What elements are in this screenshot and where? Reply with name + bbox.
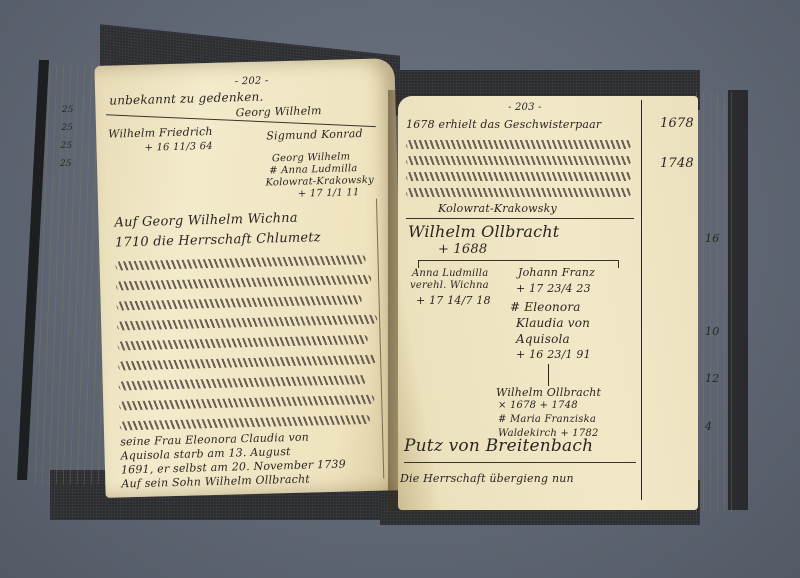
heading-underline xyxy=(404,462,636,463)
branch-entry: Aquisola xyxy=(516,332,570,346)
body-text: Die Herrschaft übergieng nun xyxy=(400,472,574,485)
handwriting-line xyxy=(119,375,367,390)
header-name: Sigmund Konrad xyxy=(266,127,363,143)
main-name: Wilhelm Ollbracht xyxy=(408,222,559,241)
handwriting-line xyxy=(116,275,371,291)
descendant-entry: # Maria Franziska xyxy=(498,414,596,425)
edge-mark: 10 xyxy=(705,325,719,338)
handwriting-line xyxy=(406,172,631,181)
handwriting-line xyxy=(406,188,631,197)
margin-rule xyxy=(376,199,384,479)
margin-mark: 25 xyxy=(61,123,73,133)
margin-rule xyxy=(641,100,642,500)
handwriting-line xyxy=(118,355,376,371)
branch-entry: Johann Franz xyxy=(518,266,595,279)
entry-line: Georg Wilhelm xyxy=(272,151,351,164)
header-date: + 16 11/3 64 xyxy=(144,141,212,154)
handwriting-line xyxy=(118,335,368,351)
family-tree-bracket xyxy=(418,260,618,261)
descent-line xyxy=(548,364,549,386)
handwriting-line xyxy=(117,315,377,331)
handwriting-line xyxy=(406,156,631,165)
edge-mark: 16 xyxy=(705,232,719,245)
edge-mark: 12 xyxy=(705,372,719,385)
body-text: Auf Georg Wilhelm Wichna xyxy=(114,211,298,231)
descendant-entry: × 1678 + 1748 xyxy=(498,400,578,411)
bracket-tick xyxy=(418,260,419,268)
handwriting-line xyxy=(117,295,362,310)
family-heading: Putz von Breitenbach xyxy=(404,436,593,456)
branch-entry: Anna Ludmilla xyxy=(412,268,488,279)
body-text: 1710 die Herrschaft Chlumetz xyxy=(115,230,321,250)
handwriting-line xyxy=(119,395,374,411)
divider-line xyxy=(406,218,634,219)
margin-year: 1748 xyxy=(660,156,694,171)
entry-line: # Anna Ludmilla xyxy=(269,163,358,176)
body-text: 1678 erhielt das Geschwisterpaar xyxy=(406,118,601,131)
handwriting-line xyxy=(116,255,366,271)
left-page: - 202 - unbekannt zu gedenken. Georg Wil… xyxy=(94,58,405,498)
header-name: Wilhelm Friedrich xyxy=(108,125,213,141)
descendant-entry: Wilhelm Ollbracht xyxy=(496,386,601,399)
branch-entry: + 17 14/7 18 xyxy=(416,294,491,307)
branch-entry: verehl. Wichna xyxy=(410,280,489,291)
handwriting-line xyxy=(406,140,631,149)
branch-entry: Klaudia von xyxy=(516,316,590,330)
header-name: Georg Wilhelm xyxy=(236,104,322,119)
text-line: unbekannt zu gedenken. xyxy=(109,90,264,108)
margin-mark: 25 xyxy=(60,141,72,151)
page-number: - 203 - xyxy=(508,102,542,113)
margin-mark: 25 xyxy=(62,105,74,115)
branch-entry: + 17 23/4 23 xyxy=(516,282,591,295)
handwriting-line xyxy=(120,415,370,431)
section-header: Kolowrat-Krakowsky xyxy=(438,202,557,215)
branch-entry: # Eleonora xyxy=(510,300,581,314)
margin-mark: 25 xyxy=(60,159,72,169)
branch-entry: + 16 23/1 91 xyxy=(516,348,591,361)
margin-year: 1678 xyxy=(660,116,694,131)
page-number: - 202 - xyxy=(235,75,269,87)
right-page: - 203 - 1678 erhielt das Geschwisterpaar… xyxy=(398,96,698,510)
entry-line: + 17 1/1 11 xyxy=(298,187,360,200)
bracket-tick xyxy=(618,260,619,268)
main-date: + 1688 xyxy=(438,242,487,257)
edge-mark: 4 xyxy=(705,420,712,433)
